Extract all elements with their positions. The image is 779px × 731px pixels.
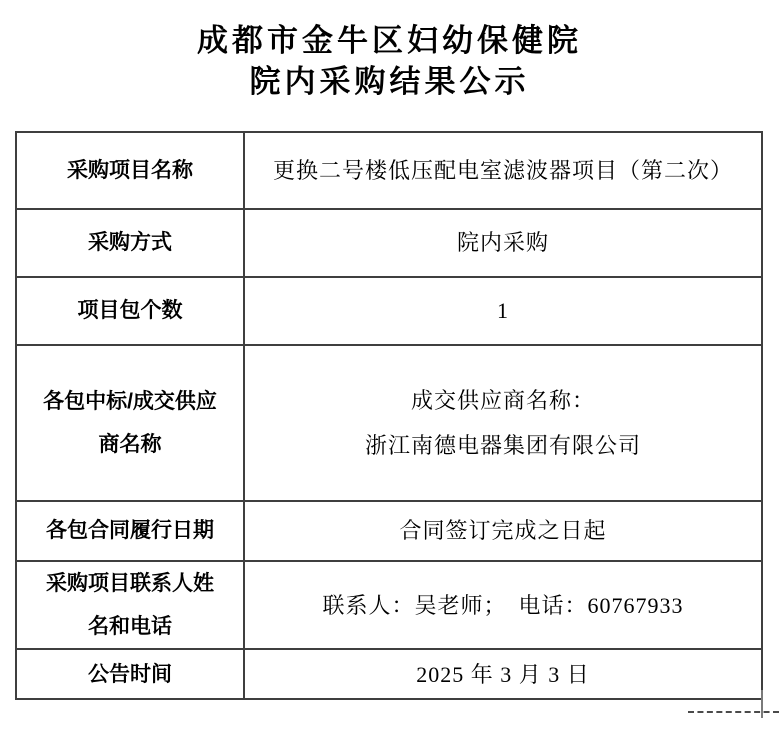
row-value-announcement-date: 2025 年 3 月 3 日 — [244, 649, 762, 699]
table-row: 各包中标/成交供应 商名称 成交供应商名称： 浙江南德电器集团有限公司 — [16, 345, 762, 501]
procurement-result-table: 采购项目名称 更换二号楼低压配电室滤波器项目（第二次） 采购方式 院内采购 项目… — [15, 131, 763, 700]
row-label-package-count: 项目包个数 — [16, 277, 244, 345]
page-title: 成都市金牛区妇幼保健院 院内采购结果公示 — [0, 20, 779, 102]
page-title-line-2: 院内采购结果公示 — [0, 61, 779, 102]
row-value-project-name: 更换二号楼低压配电室滤波器项目（第二次） — [244, 132, 762, 209]
row-label-contract-period: 各包合同履行日期 — [16, 501, 244, 561]
row-label-winning-supplier: 各包中标/成交供应 商名称 — [16, 345, 244, 501]
row-label-procurement-method: 采购方式 — [16, 209, 244, 277]
table-row: 采购方式 院内采购 — [16, 209, 762, 277]
row-label-contact-person: 采购项目联系人姓 名和电话 — [16, 561, 244, 649]
row-label-project-name: 采购项目名称 — [16, 132, 244, 209]
row-value-procurement-method: 院内采购 — [244, 209, 762, 277]
row-value-contact-person: 联系人：吴老师； 电话：60767933 — [244, 561, 762, 649]
table-row: 项目包个数 1 — [16, 277, 762, 345]
table-row: 采购项目名称 更换二号楼低压配电室滤波器项目（第二次） — [16, 132, 762, 209]
row-value-winning-supplier: 成交供应商名称： 浙江南德电器集团有限公司 — [244, 345, 762, 501]
table-row: 公告时间 2025 年 3 月 3 日 — [16, 649, 762, 699]
page-title-line-1: 成都市金牛区妇幼保健院 — [0, 20, 779, 61]
right-border-stub — [761, 690, 763, 718]
table-row: 各包合同履行日期 合同签订完成之日起 — [16, 501, 762, 561]
table-row: 采购项目联系人姓 名和电话 联系人：吴老师； 电话：60767933 — [16, 561, 762, 649]
row-value-contract-period: 合同签订完成之日起 — [244, 501, 762, 561]
row-value-package-count: 1 — [244, 277, 762, 345]
row-label-announcement-date: 公告时间 — [16, 649, 244, 699]
bottom-right-dashed-line — [688, 711, 779, 713]
